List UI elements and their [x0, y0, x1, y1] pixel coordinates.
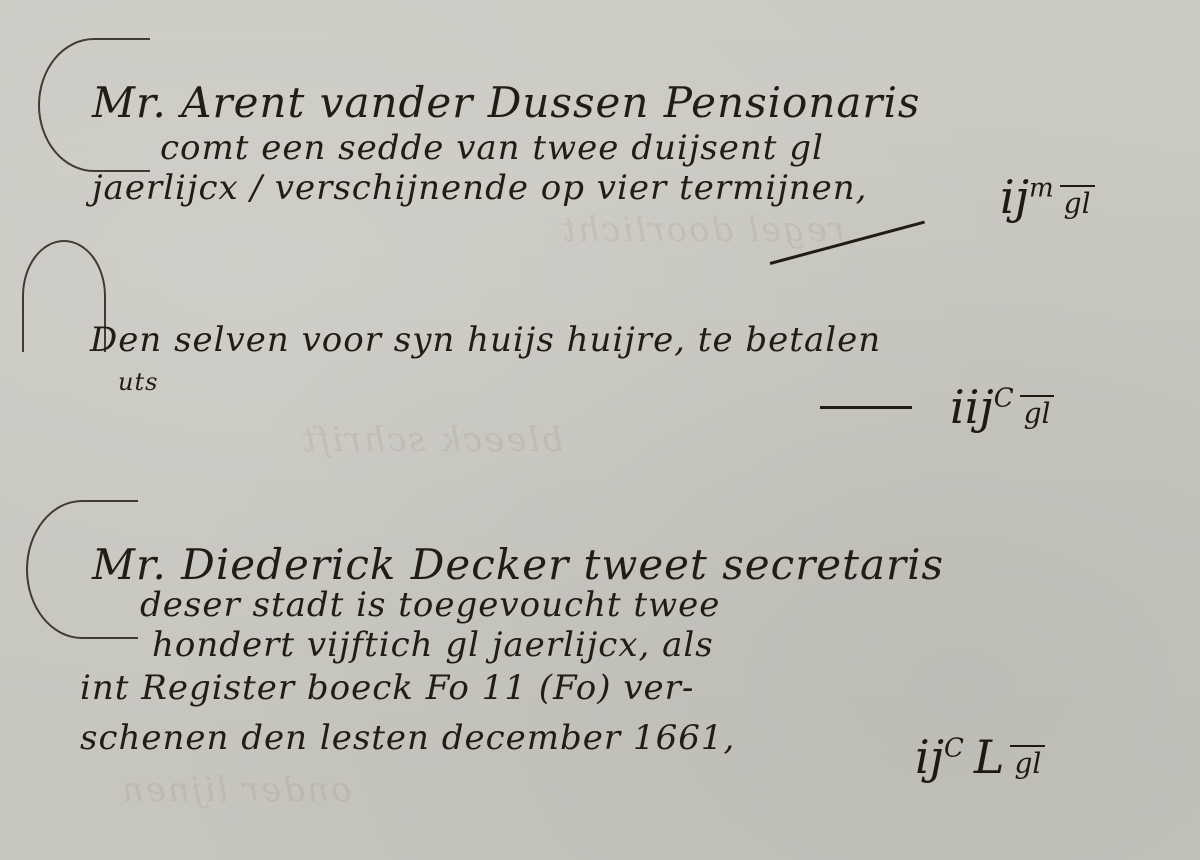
amount-unit: gl — [1060, 185, 1095, 220]
amount-thousand: m — [1029, 174, 1054, 204]
entry-1-line-1: Mr. Arent vander Dussen Pensionaris — [92, 78, 921, 127]
entry-1-line-2: comt een sedde van twee duijsent gl — [160, 128, 824, 168]
entry-3-line-5: schenen den lesten december 1661, — [80, 718, 735, 758]
entry-1-line-3: jaerlijcx / verschijnende op vier termij… — [92, 168, 867, 208]
amount-unit: gl — [1020, 395, 1055, 430]
amount-fifty: L — [974, 730, 1005, 784]
bleed-through-text: regel doorlicht — [560, 210, 845, 250]
entry-2-line-2: uts — [118, 368, 158, 396]
manuscript-page: regel doorlicht bleeck schrift onder lij… — [0, 0, 1200, 860]
entry-2-amount: iijCgl — [950, 380, 1054, 434]
amount-hundred: C — [944, 734, 964, 764]
closing-stroke — [820, 406, 912, 409]
bleed-through-text: onder lijnen — [120, 770, 352, 810]
entry-2-line-1: Den selven voor syn huijs huijre, te bet… — [90, 320, 881, 360]
entry-3-line-1: Mr. Diederick Decker tweet secretaris — [92, 540, 944, 589]
entry-3-amount: ijCLgl — [915, 730, 1045, 784]
amount-numeral: ij — [915, 730, 944, 784]
amount-unit: gl — [1010, 745, 1045, 780]
amount-numeral: ij — [1000, 170, 1029, 224]
bleed-through-text: bleeck schrift — [300, 420, 563, 460]
entry-3-line-3: hondert vijftich gl jaerlijcx, als — [152, 625, 714, 665]
entry-3-line-2: deser stadt is toegevoucht twee — [140, 585, 720, 625]
entry-3-line-4: int Register boeck Fo 11 (Fo) ver- — [80, 668, 694, 708]
amount-hundred: C — [994, 384, 1014, 414]
entry-1-amount: ijmgl — [1000, 170, 1095, 224]
amount-numeral: iij — [950, 380, 994, 434]
